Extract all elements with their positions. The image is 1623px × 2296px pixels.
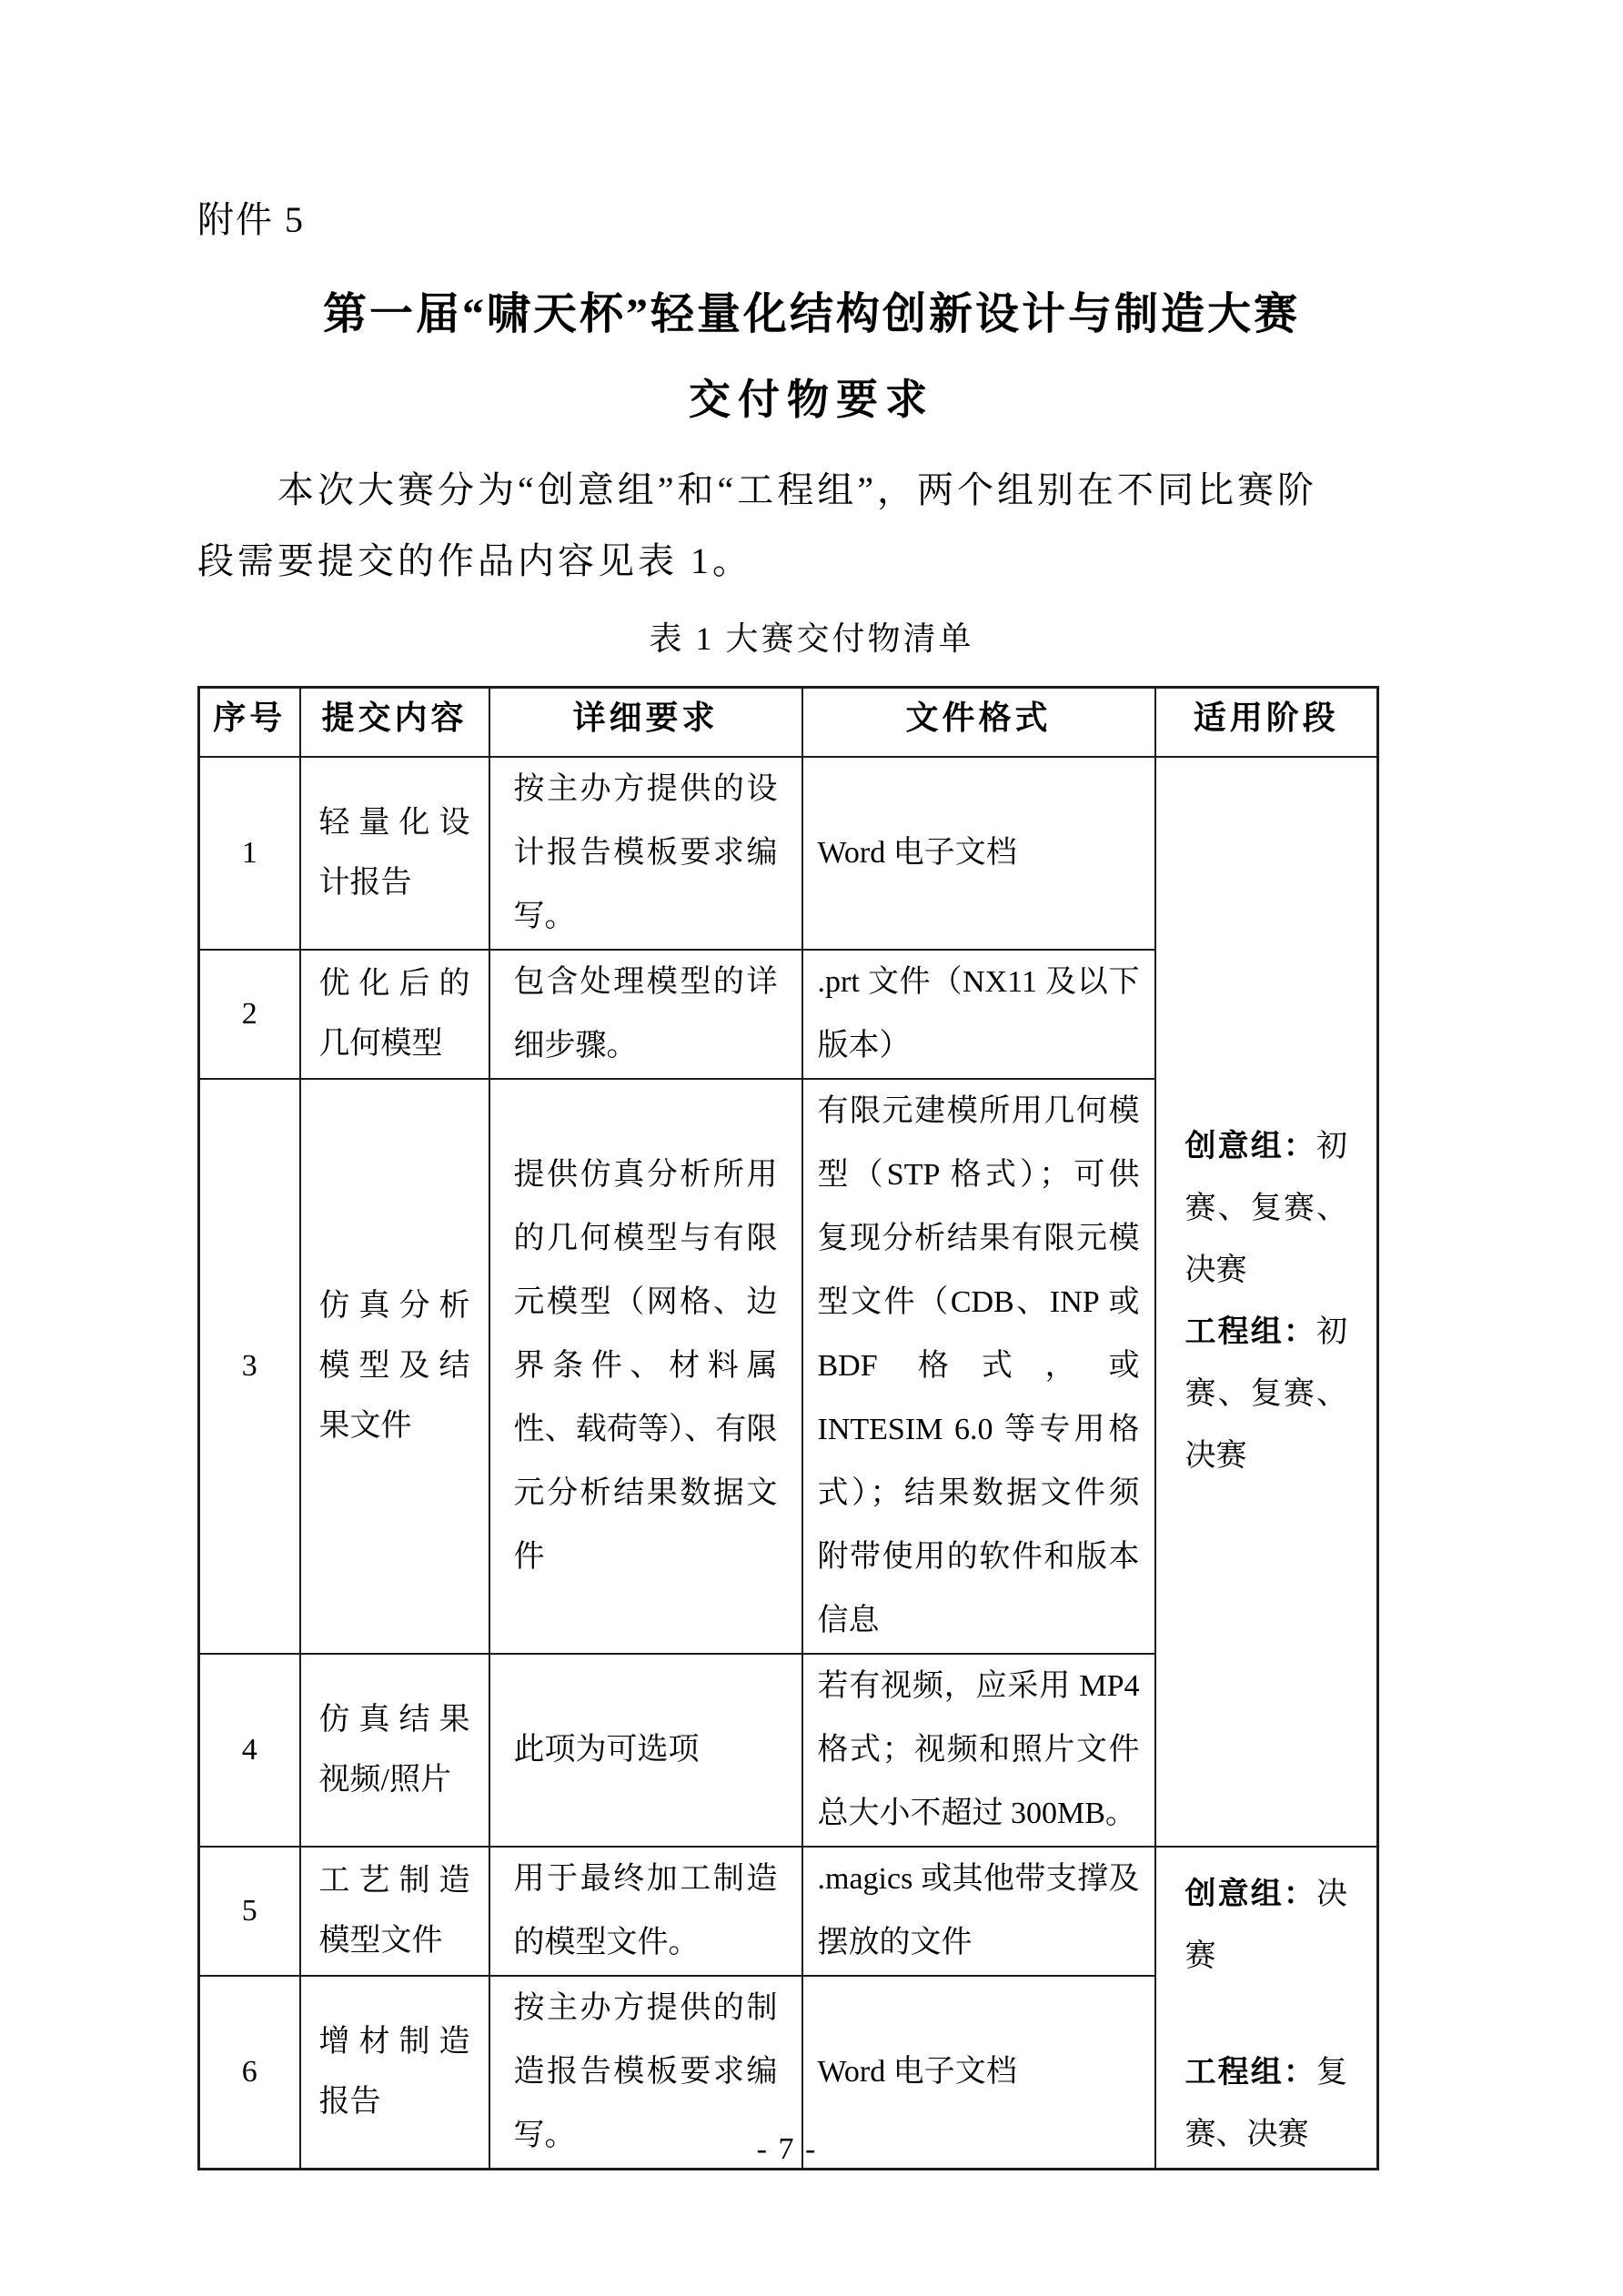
document-page: 附件 5 第一届“啸天杯”轻量化结构创新设计与制造大赛 交付物要求 本次大赛分为… (0, 0, 1623, 2296)
cell-content: 轻量化设计报告 (300, 757, 489, 950)
cell-format: 若有视频，应采用 MP4 格式；视频和照片文件总大小不超过 300MB。 (802, 1654, 1155, 1847)
cell-content: 优化后的几何模型 (300, 950, 489, 1079)
stage-creative-group: 创意组：初赛、复赛、决赛 (1185, 1116, 1348, 1302)
cell-format: .prt 文件（NX11 及以下版本） (802, 950, 1155, 1079)
row-number: 2 (199, 950, 300, 1079)
cell-stage-rows5-6: 创意组：决赛 工程组：复赛、决赛 (1155, 1847, 1378, 2170)
document-subtitle: 交付物要求 (0, 373, 1623, 428)
cell-format: .magics 或其他带支撑及摆放的文件 (802, 1847, 1155, 1976)
cell-content: 仿真分析模型及结果文件 (300, 1079, 489, 1654)
stage-engineering-group: 工程组：初赛、复赛、决赛 (1185, 1302, 1348, 1487)
stage-creative-label: 创意组： (1185, 1878, 1317, 1911)
cell-requirement: 按主办方提供的设计报告模板要求编写。 (489, 757, 802, 950)
cell-requirement: 提供仿真分析所用的几何模型与有限元模型（网格、边界条件、材料属性、载荷等）、有限… (489, 1079, 802, 1654)
cell-content: 仿真结果视频/照片 (300, 1654, 489, 1847)
cell-requirement: 用于最终加工制造的模型文件。 (489, 1847, 802, 1976)
row-number: 5 (199, 1847, 300, 1976)
page-number: - 7 - (197, 2132, 1376, 2167)
column-header-no: 序号 (199, 688, 300, 758)
intro-paragraph: 本次大赛分为“创意组”和“工程组”，两个组别在不同比赛阶 段需要提交的作品内容见… (197, 455, 1380, 597)
column-header-requirement: 详细要求 (489, 688, 802, 758)
row-number: 1 (199, 757, 300, 950)
column-header-stage: 适用阶段 (1155, 688, 1378, 758)
row-number: 4 (199, 1654, 300, 1847)
cell-stage-rows1-4: 创意组：初赛、复赛、决赛 工程组：初赛、复赛、决赛 (1155, 757, 1378, 1847)
cell-requirement: 此项为可选项 (489, 1654, 802, 1847)
table-caption: 表 1 大赛交付物清单 (0, 619, 1623, 659)
column-header-content: 提交内容 (300, 688, 489, 758)
stage-engineering-label: 工程组： (1185, 1315, 1317, 1349)
table-header-row: 序号 提交内容 详细要求 文件格式 适用阶段 (199, 688, 1378, 758)
document-title: 第一届“啸天杯”轻量化结构创新设计与制造大赛 (0, 286, 1623, 344)
cell-format: 有限元建模所用几何模型（STP 格式）；可供复现分析结果有限元模型文件（CDB、… (802, 1079, 1155, 1654)
table-row: 5 工艺制造模型文件 用于最终加工制造的模型文件。 .magics 或其他带支撑… (199, 1847, 1378, 1976)
cell-requirement: 包含处理模型的详细步骤。 (489, 950, 802, 1079)
annex-label: 附件 5 (197, 198, 305, 242)
cell-content: 工艺制造模型文件 (300, 1847, 489, 1976)
stage-creative-group: 创意组：决赛 (1185, 1864, 1348, 1988)
row-number: 3 (199, 1079, 300, 1654)
cell-format: Word 电子文档 (802, 757, 1155, 950)
intro-paragraph-line1: 本次大赛分为“创意组”和“工程组”，两个组别在不同比赛阶 (197, 455, 1380, 526)
intro-paragraph-line2: 段需要提交的作品内容见表 1。 (197, 526, 1380, 597)
table-row: 1 轻量化设计报告 按主办方提供的设计报告模板要求编写。 Word 电子文档 创… (199, 757, 1378, 950)
stage-creative-label: 创意组： (1185, 1130, 1317, 1163)
stage-engineering-label: 工程组： (1185, 2056, 1317, 2090)
column-header-format: 文件格式 (802, 688, 1155, 758)
deliverables-table: 序号 提交内容 详细要求 文件格式 适用阶段 1 轻量化设计报告 按主办方提供的… (197, 686, 1379, 2170)
